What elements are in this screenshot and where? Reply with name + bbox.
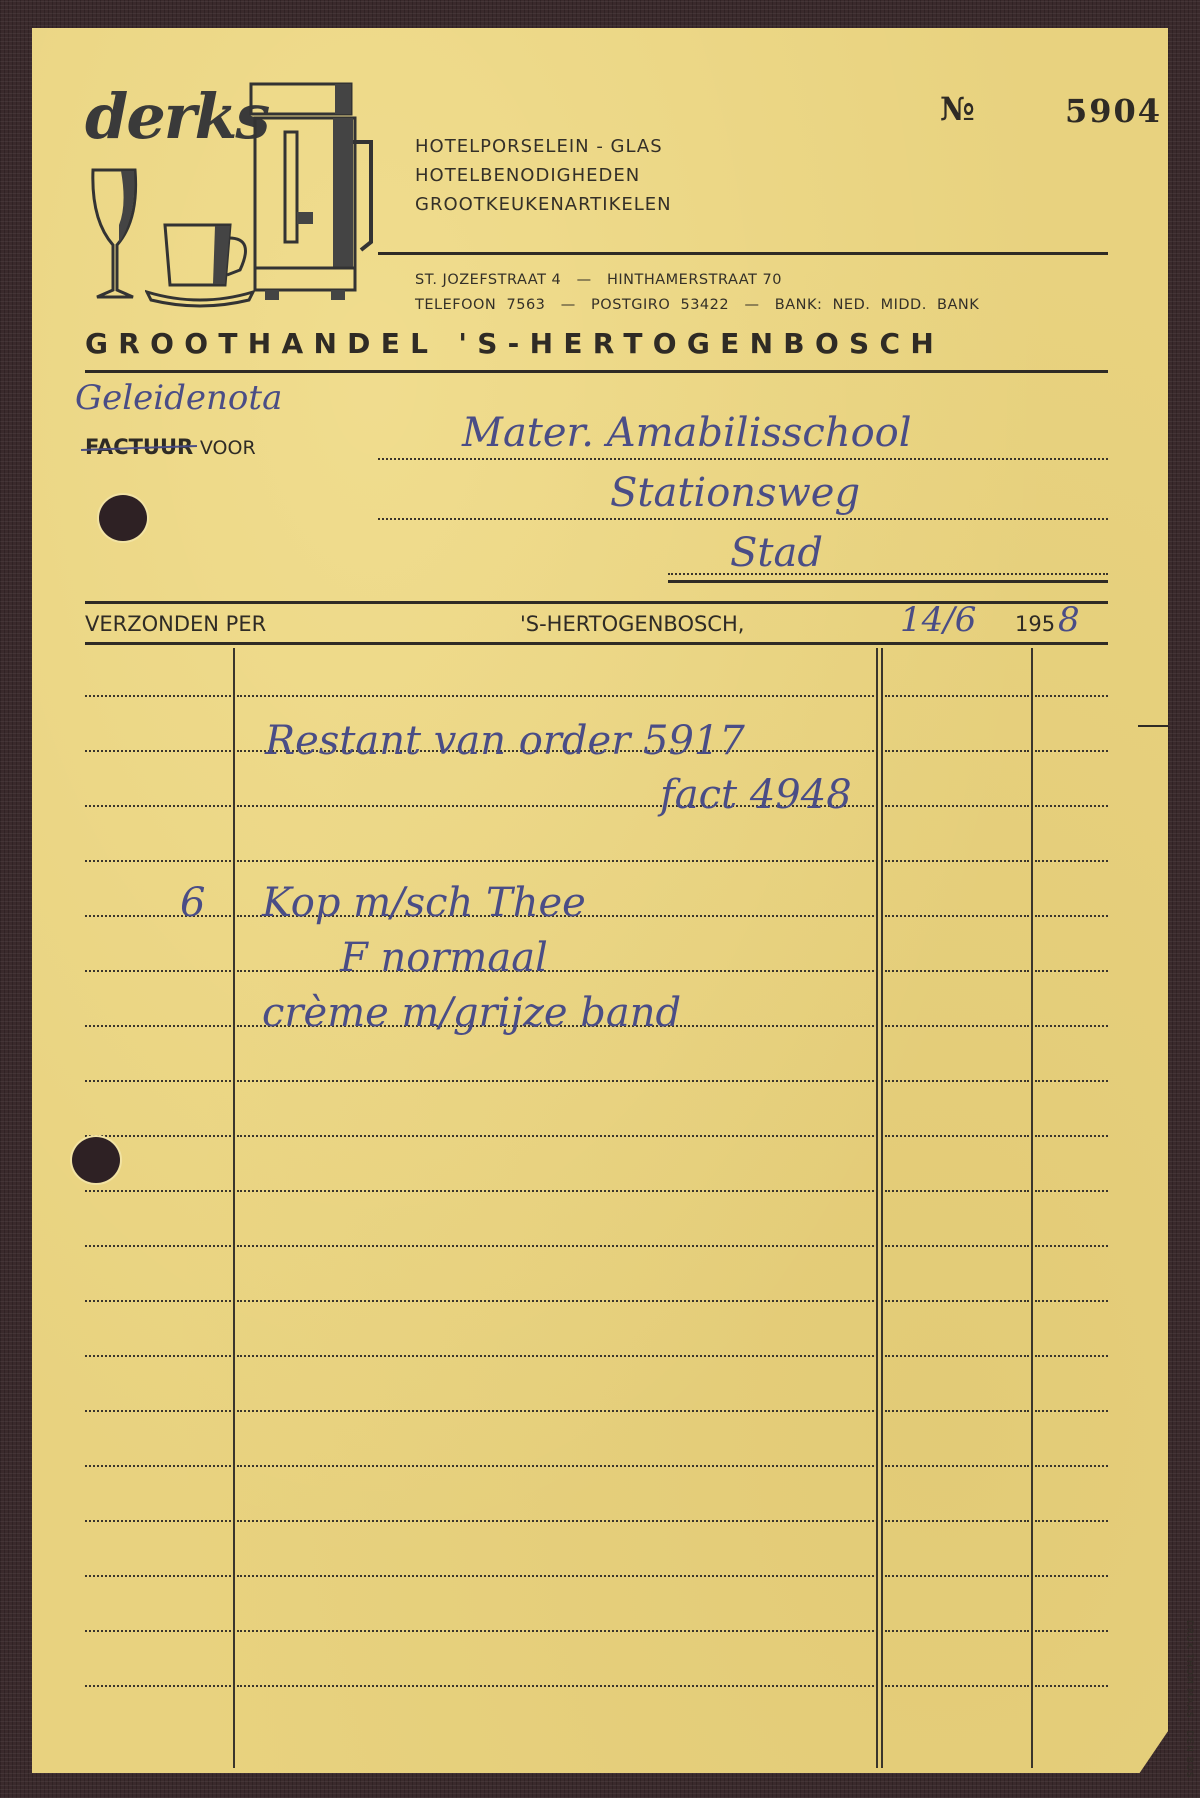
row-dotted-line: [885, 1135, 1029, 1137]
address-dotted-line: [668, 573, 1108, 575]
row-dotted-line: [1035, 970, 1108, 972]
row-dotted-line: [237, 1575, 874, 1577]
year-prefix: 195: [1015, 612, 1055, 636]
row-dotted-line: [1035, 1410, 1108, 1412]
row-dotted-line: [85, 1630, 231, 1632]
row-dotted-line: [85, 1300, 231, 1302]
column-divider: [876, 648, 878, 1768]
row-dotted-line: [1035, 805, 1108, 807]
row-dotted-line: [885, 1685, 1029, 1687]
line-item-description: Restant van order 5917: [265, 718, 745, 764]
wine-glass-icon: [85, 165, 145, 305]
row-dotted-line: [1035, 1080, 1108, 1082]
row-dotted-line: [1035, 1355, 1108, 1357]
address-line-1: ST. JOZEFSTRAAT 4 — HINTHAMERSTRAAT 70: [415, 272, 782, 288]
row-dotted-line: [237, 1465, 874, 1467]
shipping-bottom-rule: [85, 642, 1108, 645]
row-dotted-line: [885, 970, 1029, 972]
row-dotted-line: [1035, 695, 1108, 697]
row-dotted-line: [885, 1465, 1029, 1467]
row-dotted-line: [885, 1300, 1029, 1302]
row-dotted-line: [237, 695, 874, 697]
recipient-line-2: Stationsweg: [610, 470, 860, 516]
row-dotted-line: [85, 1575, 231, 1577]
row-dotted-line: [237, 1355, 874, 1357]
row-dotted-line: [1035, 1025, 1108, 1027]
row-dotted-line: [885, 1520, 1029, 1522]
row-dotted-line: [85, 1355, 231, 1357]
row-dotted-line: [1035, 915, 1108, 917]
date-handwritten: 14/6: [900, 600, 976, 640]
row-dotted-line: [885, 750, 1029, 752]
verzonden-label: VERZONDEN PER: [85, 612, 266, 636]
factuur-label-struck: FACTUUR: [85, 435, 193, 459]
line-item-description: fact 4948: [660, 772, 852, 818]
row-dotted-line: [1035, 1465, 1108, 1467]
row-dotted-line: [237, 860, 874, 862]
doc-type-handwritten: Geleidenota: [75, 378, 282, 418]
row-dotted-line: [1035, 1245, 1108, 1247]
product-lines: HOTELPORSELEIN - GLAS HOTELBENODIGHEDEN …: [415, 132, 672, 219]
row-dotted-line: [1035, 1300, 1108, 1302]
row-dotted-line: [885, 695, 1029, 697]
row-dotted-line: [85, 1080, 231, 1082]
row-dotted-line: [1035, 1575, 1108, 1577]
row-dotted-line: [85, 695, 231, 697]
row-dotted-line: [237, 1190, 874, 1192]
fold-mark: [1138, 725, 1168, 727]
row-dotted-line: [1035, 1135, 1108, 1137]
row-dotted-line: [85, 970, 231, 972]
city-label: 'S-HERTOGENBOSCH,: [520, 612, 744, 636]
row-dotted-line: [885, 1080, 1029, 1082]
row-dotted-line: [885, 1245, 1029, 1247]
row-dotted-line: [85, 1245, 231, 1247]
invoice-number-label: №: [940, 90, 975, 128]
row-dotted-line: [85, 1685, 231, 1687]
row-dotted-line: [85, 1025, 231, 1027]
company-tagline: GROOTHANDEL 'S-HERTOGENBOSCH: [85, 327, 944, 360]
row-dotted-line: [885, 1025, 1029, 1027]
row-dotted-line: [885, 805, 1029, 807]
coffee-cup-icon: [145, 220, 260, 310]
row-dotted-line: [237, 1135, 874, 1137]
header-rule: [378, 252, 1108, 255]
address-dotted-line: [378, 518, 1108, 520]
row-dotted-line: [237, 1520, 874, 1522]
row-dotted-line: [237, 970, 874, 972]
line-item-description: crème m/grijze band: [262, 990, 681, 1036]
row-dotted-line: [885, 1410, 1029, 1412]
row-dotted-line: [85, 860, 231, 862]
row-dotted-line: [885, 1355, 1029, 1357]
line-item-qty: 6: [180, 880, 205, 926]
address-dotted-line: [378, 458, 1108, 460]
recipient-line-1: Mater. Amabilisschool: [462, 410, 912, 456]
voor-label: VOOR: [200, 437, 256, 459]
row-dotted-line: [85, 915, 231, 917]
row-dotted-line: [85, 1190, 231, 1192]
tagline-rule: [85, 370, 1108, 373]
product-line: HOTELPORSELEIN - GLAS: [415, 132, 672, 161]
row-dotted-line: [1035, 1685, 1108, 1687]
row-dotted-line: [85, 750, 231, 752]
printer-mark: DRUK THOM MAAS - DEN BOS: [1150, 1620, 1194, 1779]
product-line: GROOTKEUKENARTIKELEN: [415, 190, 672, 219]
coffee-urn-icon: [245, 82, 375, 312]
line-item-description: Kop m/sch Thee: [262, 880, 586, 926]
row-dotted-line: [85, 1465, 231, 1467]
invoice-number: 5904: [1065, 92, 1162, 130]
row-dotted-line: [237, 1630, 874, 1632]
row-dotted-line: [1035, 750, 1108, 752]
row-dotted-line: [237, 1410, 874, 1412]
row-dotted-line: [237, 1080, 874, 1082]
row-dotted-line: [237, 1685, 874, 1687]
punch-hole: [99, 495, 147, 541]
product-line: HOTELBENODIGHEDEN: [415, 161, 672, 190]
row-dotted-line: [85, 1520, 231, 1522]
row-dotted-line: [85, 1410, 231, 1412]
address-rule: [668, 580, 1108, 583]
row-dotted-line: [237, 1245, 874, 1247]
recipient-line-3: Stad: [730, 530, 823, 576]
row-dotted-line: [1035, 860, 1108, 862]
line-item-description: F normaal: [340, 935, 548, 981]
brand-logo: derks: [85, 80, 268, 153]
column-divider: [881, 648, 883, 1768]
row-dotted-line: [885, 1575, 1029, 1577]
row-dotted-line: [85, 1135, 231, 1137]
row-dotted-line: [1035, 1190, 1108, 1192]
column-divider: [233, 648, 235, 1768]
row-dotted-line: [885, 1190, 1029, 1192]
row-dotted-line: [85, 805, 231, 807]
row-dotted-line: [885, 915, 1029, 917]
row-dotted-line: [1035, 1520, 1108, 1522]
year-suffix-handwritten: 8: [1058, 600, 1080, 640]
punch-hole: [72, 1137, 120, 1183]
row-dotted-line: [1035, 1630, 1108, 1632]
row-dotted-line: [885, 1630, 1029, 1632]
row-dotted-line: [885, 860, 1029, 862]
row-dotted-line: [237, 1300, 874, 1302]
column-divider: [1031, 648, 1033, 1768]
address-line-2: TELEFOON 7563 — POSTGIRO 53422 — BANK: N…: [415, 297, 979, 313]
